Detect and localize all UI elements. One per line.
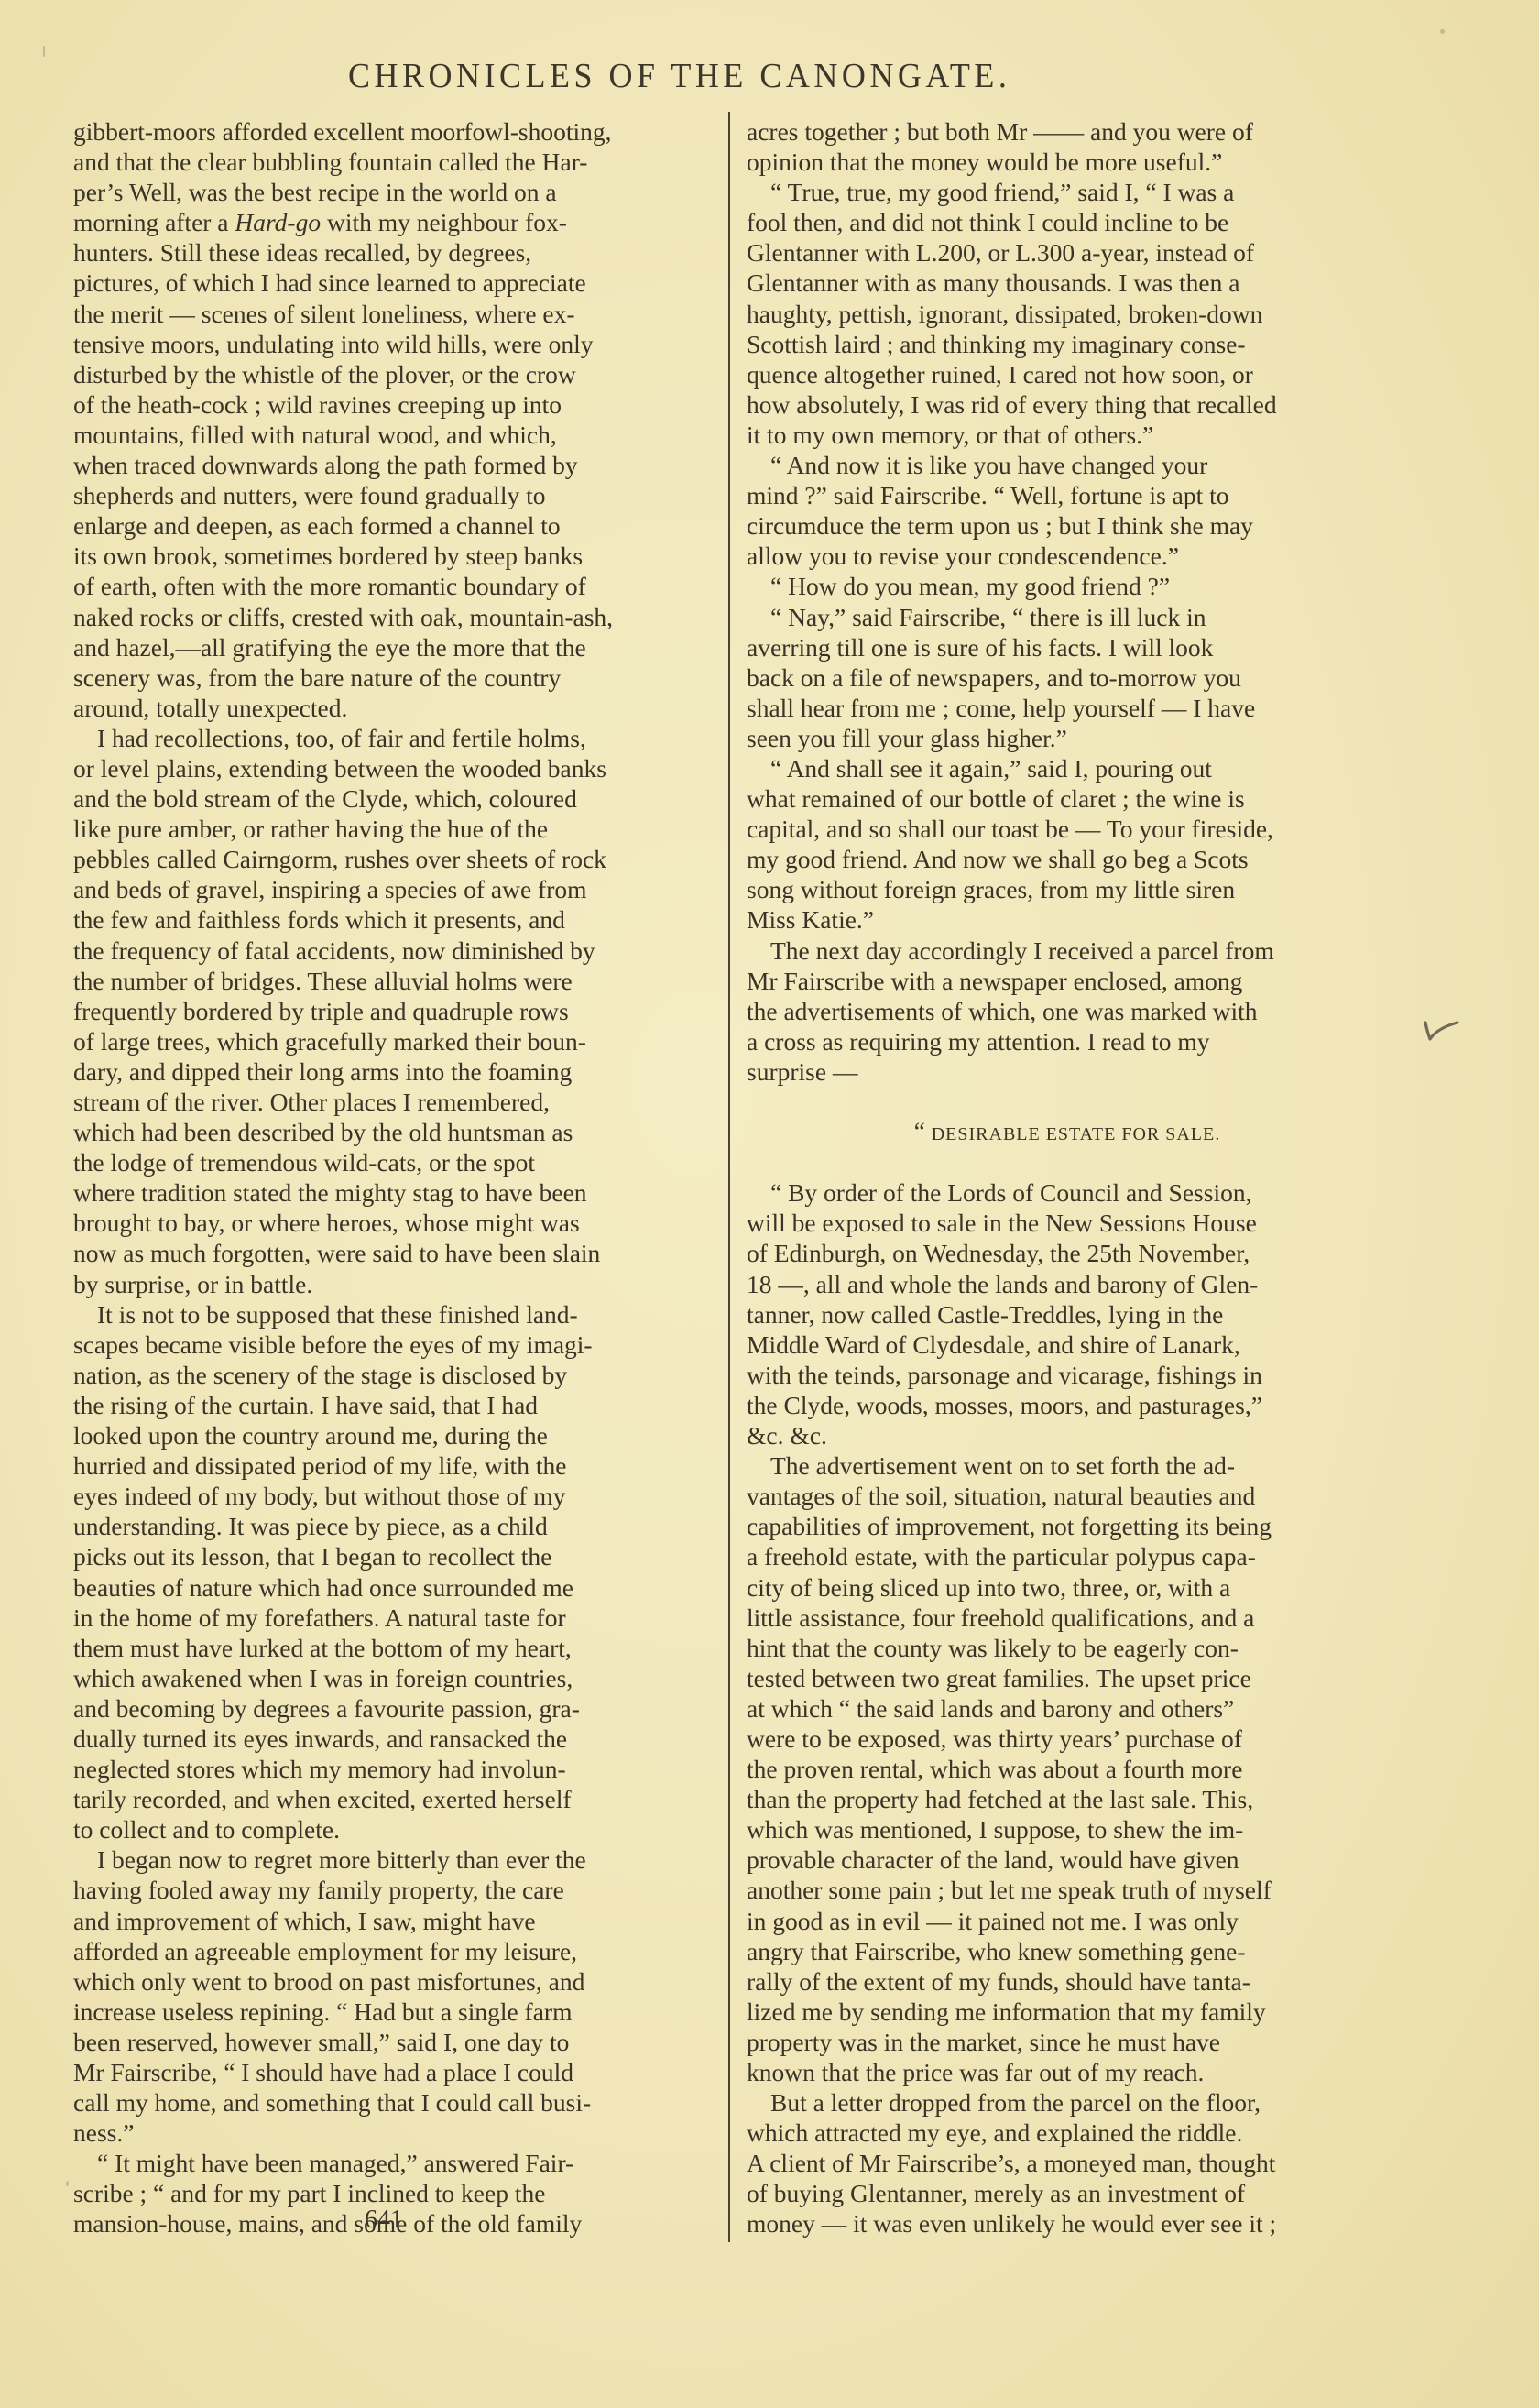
text-line: 18 —, all and whole the lands and barony… [747,1269,1388,1299]
text-line: shepherds and nutters, were found gradua… [73,480,719,510]
text-line: capital, and so shall our toast be — To … [747,814,1388,844]
text-line: “ And shall see it again,” said I, pouri… [747,753,1388,783]
text-line: capabilities of improvement, not forgett… [747,1511,1388,1541]
text-line: Mr Fairscribe with a newspaper enclosed,… [747,966,1388,996]
text-line: picks out its lesson, that I began to re… [73,1541,719,1571]
text-line: quence altogether ruined, I cared not ho… [747,359,1388,389]
text-line: which only went to brood on past misfort… [73,1966,719,1997]
text-line: But a letter dropped from the parcel on … [747,2087,1388,2118]
text-line: tanner, now called Castle-Treddles, lyin… [747,1299,1388,1330]
text-line: the rising of the curtain. I have said, … [73,1390,719,1420]
text-line: dary, and dipped their long arms into th… [73,1056,719,1087]
text-line: mountains, filled with natural wood, and… [73,420,719,450]
paper-speck [66,2181,69,2186]
text-line: per’s Well, was the best recipe in the w… [73,177,719,207]
text-line: fool then, and did not think I could inc… [747,207,1388,237]
text-line: circumduce the term upon us ; but I thin… [747,510,1388,541]
text-line: frequently bordered by triple and quadru… [73,996,719,1026]
text-line: money — it was even unlikely he would ev… [747,2208,1388,2238]
text-line: the few and faithless fords which it pre… [73,904,719,935]
text-line: of Edinburgh, on Wednesday, the 25th Nov… [747,1238,1388,1268]
text-line: Miss Katie.” [747,904,1388,935]
text-line: where tradition stated the mighty stag t… [73,1177,719,1208]
text-line: seen you fill your glass higher.” [747,723,1388,753]
text-line: and beds of gravel, inspiring a species … [73,874,719,904]
text-line: of earth, often with the more romantic b… [73,571,719,601]
text-line: which was mentioned, I suppose, to shew … [747,1814,1388,1844]
text-line: by surprise, or in battle. [73,1269,719,1299]
text-line: Mr Fairscribe, “ I should have had a pla… [73,2057,719,2087]
text-line: tested between two great families. The u… [747,1663,1388,1693]
text-line: lized me by sending me information that … [747,1997,1388,2027]
text-line: “ True, true, my good friend,” said I, “… [747,177,1388,207]
text-line: disturbed by the whistle of the plover, … [73,359,719,389]
text-line: and hazel,—all gratifying the eye the mo… [73,632,719,662]
text-line: Glentanner with L.200, or L.300 a-year, … [747,237,1388,268]
text-line: back on a file of newspapers, and to-mor… [747,662,1388,693]
text-line: the Clyde, woods, mosses, moors, and pas… [747,1390,1388,1420]
text-line: song without foreign graces, from my lit… [747,874,1388,904]
text-line: A client of Mr Fairscribe’s, a moneyed m… [747,2148,1388,2178]
text-line: angry that Fairscribe, who knew somethin… [747,1936,1388,1966]
text-line: enlarge and deepen, as each formed a cha… [73,510,719,541]
text-line: neglected stores which my memory had inv… [73,1754,719,1784]
text-line: hint that the county was likely to be ea… [747,1633,1388,1663]
running-header: CHRONICLES OF THE CANONGATE. [348,51,1108,100]
text-line: been reserved, however small,” said I, o… [73,2027,719,2057]
text-line: my good friend. And now we shall go beg … [747,844,1388,874]
text-line: The next day accordingly I received a pa… [747,936,1388,966]
text-line: shall hear from me ; come, help yourself… [747,693,1388,723]
text-line: ness.” [73,2118,719,2148]
text-line: The advertisement went on to set forth t… [747,1450,1388,1481]
text-line: gibbert-moors afforded excellent moorfow… [73,116,719,147]
text-line: the advertisements of which, one was mar… [747,996,1388,1026]
text-line: acres together ; but both Mr —— and you … [747,116,1388,147]
text-line: scenery was, from the bare nature of the… [73,662,719,693]
text-line: rally of the extent of my funds, should … [747,1966,1388,1997]
text-line: how absolutely, I was rid of every thing… [747,389,1388,420]
text-line: it to my own memory, or that of others.” [747,420,1388,450]
text-line: It is not to be supposed that these fini… [73,1299,719,1330]
text-line: the frequency of fatal accidents, now di… [73,936,719,966]
paper-speck [43,46,45,57]
right-text-column: acres together ; but both Mr —— and you … [747,116,1388,2239]
text-line: at which “ the said lands and barony and… [747,1693,1388,1724]
text-line: “ It might have been managed,” answered … [73,2148,719,2178]
text-line: the lodge of tremendous wild-cats, or th… [73,1147,719,1177]
text-line: increase useless repining. “ Had but a s… [73,1997,719,2027]
column-rule [728,112,730,2242]
text-line: &c. &c. [747,1420,1388,1450]
text-line: little assistance, four freehold qualifi… [747,1603,1388,1633]
text-line: afforded an agreeable employment for my … [73,1936,719,1966]
text-line: looked upon the country around me, durin… [73,1420,719,1450]
text-line: of buying Glentanner, merely as an inves… [747,2178,1388,2208]
text-line: will be exposed to sale in the New Sessi… [747,1208,1388,1238]
paper-speck [1440,29,1445,34]
text-line: Middle Ward of Clydesdale, and shire of … [747,1330,1388,1360]
text-line: opinion that the money would be more use… [747,147,1388,177]
text-line: another some pain ; but let me speak tru… [747,1875,1388,1905]
text-line: the number of bridges. These alluvial ho… [73,966,719,996]
text-line: a freehold estate, with the particular p… [747,1541,1388,1571]
text-line: or level plains, extending between the w… [73,753,719,783]
text-line: “ And now it is like you have changed yo… [747,450,1388,480]
pencil-checkmark-icon [1423,1017,1459,1043]
text-line: with the teinds, parsonage and vicarage,… [747,1360,1388,1390]
text-line: to collect and to complete. [73,1814,719,1844]
text-line: of the heath-cock ; wild ravines creepin… [73,389,719,420]
text-line: Glentanner with as many thousands. I was… [747,268,1388,298]
text-line: allow you to revise your condescendence.… [747,541,1388,571]
text-line: were to be exposed, was thirty years’ pu… [747,1724,1388,1754]
text-line: I had recollections, too, of fair and fe… [73,723,719,753]
spacer [747,1147,1388,1177]
text-line: now as much forgotten, were said to have… [73,1238,719,1268]
text-line: and improvement of which, I saw, might h… [73,1906,719,1936]
text-line: I began now to regret more bitterly than… [73,1844,719,1875]
left-text-column: gibbert-moors afforded excellent moorfow… [73,116,719,2239]
text-line: call my home, and something that I could… [73,2087,719,2118]
text-line: dually turned its eyes inwards, and rans… [73,1724,719,1754]
text-line: haughty, pettish, ignorant, dissipated, … [747,299,1388,329]
text-line: morning after a Hard-go with my neighbou… [73,207,719,237]
text-line: hurried and dissipated period of my life… [73,1450,719,1481]
text-line: of large trees, which gracefully marked … [73,1026,719,1056]
text-line: hunters. Still these ideas recalled, by … [73,237,719,268]
text-line: the merit — scenes of silent loneliness,… [73,299,719,329]
text-line: having fooled away my family property, t… [73,1875,719,1905]
text-line: “ How do you mean, my good friend ?” [747,571,1388,601]
text-line: tensive moors, undulating into wild hill… [73,329,719,359]
text-line: provable character of the land, would ha… [747,1844,1388,1875]
text-line: pictures, of which I had since learned t… [73,268,719,298]
text-line: Scottish laird ; and thinking my imagina… [747,329,1388,359]
text-line: and that the clear bubbling fountain cal… [73,147,719,177]
text-line: stream of the river. Other places I reme… [73,1087,719,1117]
text-line: and the bold stream of the Clyde, which,… [73,783,719,814]
text-line: in the home of my forefathers. A natural… [73,1603,719,1633]
text-line: “ Nay,” said Fairscribe, “ there is ill … [747,602,1388,632]
page-number: 641 [365,2204,403,2237]
text-line: city of being sliced up into two, three,… [747,1572,1388,1603]
text-line: a cross as requiring my attention. I rea… [747,1026,1388,1056]
text-line: them must have lurked at the bottom of m… [73,1633,719,1663]
advertisement-heading: “ DESIRABLE ESTATE FOR SALE. [747,1117,1388,1147]
text-line: mind ?” said Fairscribe. “ Well, fortune… [747,480,1388,510]
text-line: the proven rental, which was about a fou… [747,1754,1388,1784]
text-line: eyes indeed of my body, but without thos… [73,1481,719,1511]
text-line: averring till one is sure of his facts. … [747,632,1388,662]
text-line: like pure amber, or rather having the hu… [73,814,719,844]
text-line: brought to bay, or where heroes, whose m… [73,1208,719,1238]
text-line: and becoming by degrees a favourite pass… [73,1693,719,1724]
spacer [747,1087,1388,1117]
text-line: vantages of the soil, situation, natural… [747,1481,1388,1511]
text-line: known that the price was far out of my r… [747,2057,1388,2087]
text-line: naked rocks or cliffs, crested with oak,… [73,602,719,632]
text-line: pebbles called Cairngorm, rushes over sh… [73,844,719,874]
text-line: its own brook, sometimes bordered by ste… [73,541,719,571]
text-line: which had been described by the old hunt… [73,1117,719,1147]
text-line: “ By order of the Lords of Council and S… [747,1177,1388,1208]
text-line: which awakened when I was in foreign cou… [73,1663,719,1693]
text-line: which attracted my eye, and explained th… [747,2118,1388,2148]
text-line: than the property had fetched at the las… [747,1784,1388,1814]
text-line: tarily recorded, and when excited, exert… [73,1784,719,1814]
text-line: nation, as the scenery of the stage is d… [73,1360,719,1390]
text-line: what remained of our bottle of claret ; … [747,783,1388,814]
text-line: when traced downwards along the path for… [73,450,719,480]
text-line: surprise — [747,1056,1388,1087]
text-line: in good as in evil — it pained not me. I… [747,1906,1388,1936]
text-line: scapes became visible before the eyes of… [73,1330,719,1360]
text-line: around, totally unexpected. [73,693,719,723]
text-line: understanding. It was piece by piece, as… [73,1511,719,1541]
text-line: property was in the market, since he mus… [747,2027,1388,2057]
text-line: beauties of nature which had once surrou… [73,1572,719,1603]
